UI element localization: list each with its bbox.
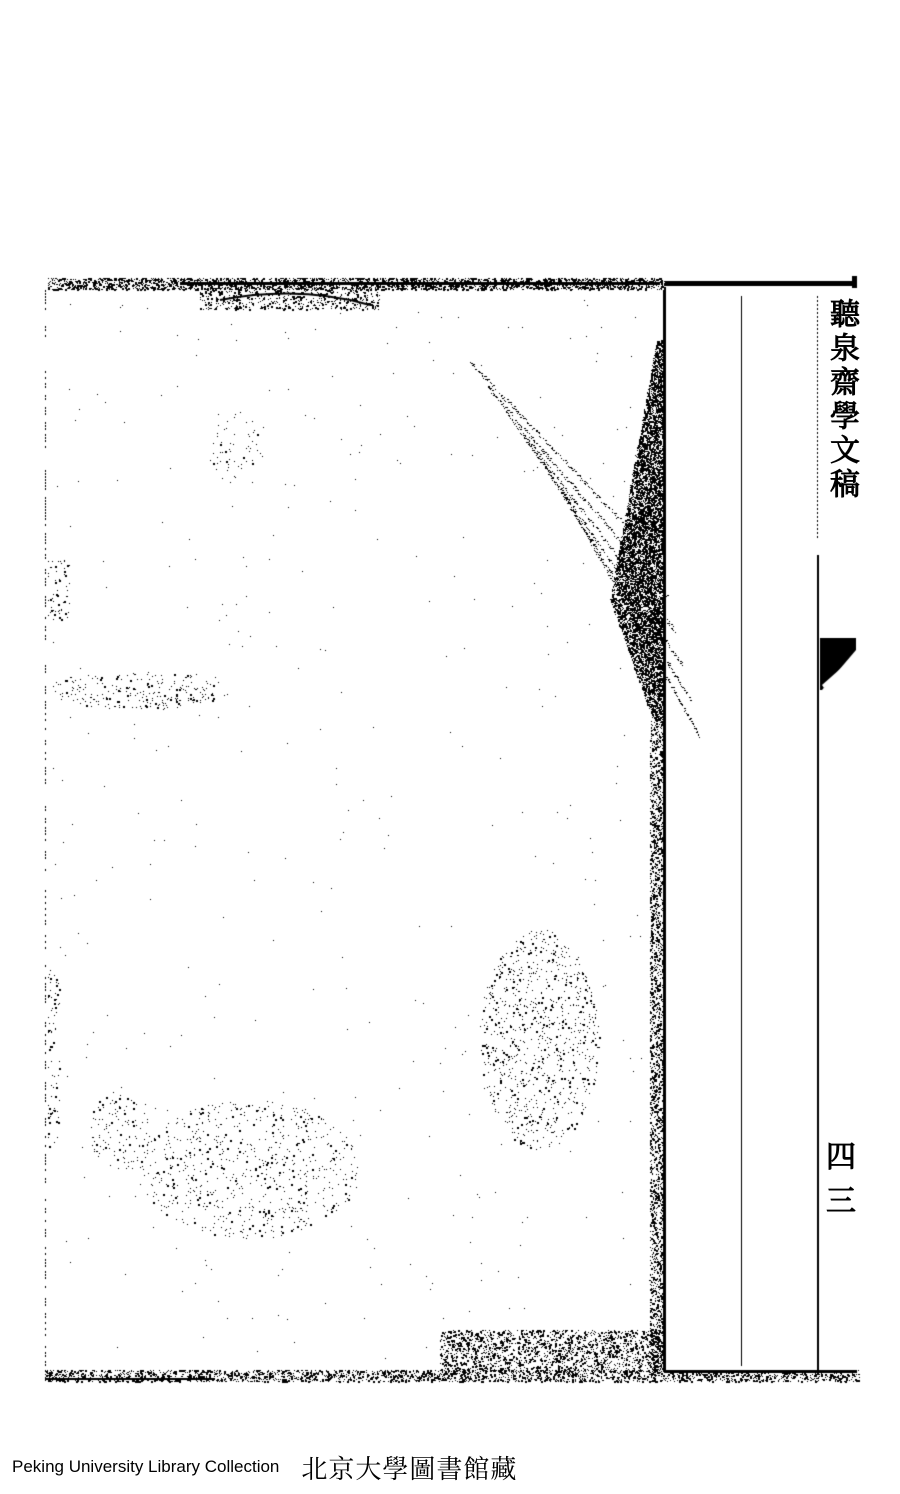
page-number: 四三	[826, 1132, 856, 1220]
collection-label-en: Peking University Library Collection	[12, 1457, 279, 1477]
scanned-page-image	[0, 0, 900, 1494]
margin-book-title: 聽泉齋學文稿	[826, 298, 856, 502]
collection-footer: Peking University Library Collection 北京大…	[12, 1452, 517, 1482]
collection-label-zh: 北京大學圖書館藏	[301, 1449, 517, 1486]
